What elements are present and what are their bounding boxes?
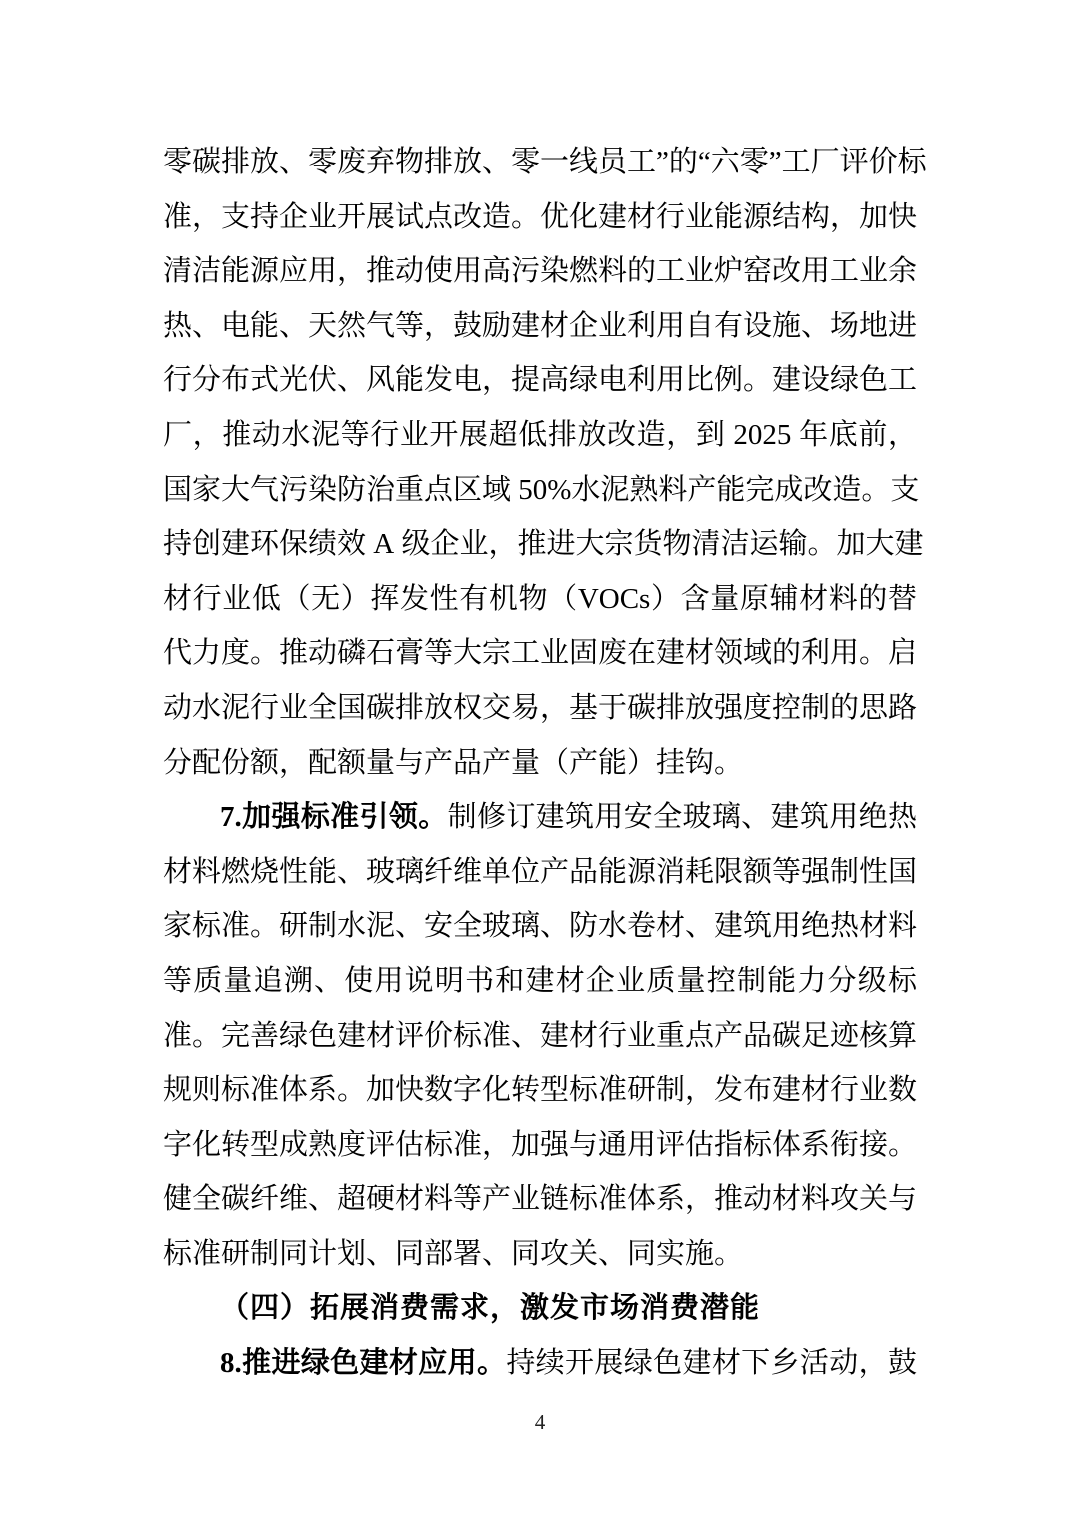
section-heading: （四）拓展消费需求，激发市场消费潜能 [163, 1281, 917, 1336]
text-line: 热、电能、天然气等，鼓励建材企业利用自有设施、场地进 [163, 299, 917, 354]
text-line: 材料燃烧性能、玻璃纤维单位产品能源消耗限额等强制性国 [163, 845, 917, 900]
text-line: 持创建环保绩效 A 级企业，推进大宗货物清洁运输。加大建 [163, 517, 917, 572]
text-line: 分配份额，配额量与产品产量（产能）挂钩。 [163, 736, 917, 791]
text-line: 代力度。推动磷石膏等大宗工业固废在建材领域的利用。启 [163, 626, 917, 681]
text-line: 等质量追溯、使用说明书和建材企业质量控制能力分级标 [163, 954, 917, 1009]
text-line: 厂，推动水泥等行业开展超低排放改造，到 2025 年底前， [163, 408, 917, 463]
text-line: 行分布式光伏、风能发电，提高绿电利用比例。建设绿色工 [163, 353, 917, 408]
text-line: 材行业低（无）挥发性有机物（VOCs）含量原辅材料的替 [163, 572, 917, 627]
text-line: 准。完善绿色建材评价标准、建材行业重点产品碳足迹核算 [163, 1009, 917, 1064]
text-line: 8.推进绿色建材应用。持续开展绿色建材下乡活动，鼓 [163, 1336, 917, 1391]
text-line: 准，支持企业开展试点改造。优化建材行业能源结构，加快 [163, 190, 917, 245]
page-number: 4 [0, 1410, 1080, 1435]
text-line: 家标准。研制水泥、安全玻璃、防水卷材、建筑用绝热材料 [163, 899, 917, 954]
text-line: 健全碳纤维、超硬材料等产业链标准体系，推动材料攻关与 [163, 1172, 917, 1227]
text-line: 国家大气污染防治重点区域 50%水泥熟料产能完成改造。支 [163, 463, 917, 518]
text-line: 动水泥行业全国碳排放权交易，基于碳排放强度控制的思路 [163, 681, 917, 736]
text-line: 零碳排放、零废弃物排放、零一线员工”的“六零”工厂评价标 [163, 135, 917, 190]
paragraph-lead-bold: 8.推进绿色建材应用。 [220, 1347, 506, 1379]
document-page: 零碳排放、零废弃物排放、零一线员工”的“六零”工厂评价标准，支持企业开展试点改造… [0, 0, 1080, 1527]
text-line: 字化转型成熟度评估标准，加强与通用评估指标体系衔接。 [163, 1118, 917, 1173]
text-line: 清洁能源应用，推动使用高污染燃料的工业炉窑改用工业余 [163, 244, 917, 299]
text-line: 7.加强标准引领。制修订建筑用安全玻璃、建筑用绝热 [163, 790, 917, 845]
paragraph-lead-bold: 7.加强标准引领。 [220, 801, 448, 833]
text-line: 标准研制同计划、同部署、同攻关、同实施。 [163, 1227, 917, 1282]
document-body: 零碳排放、零废弃物排放、零一线员工”的“六零”工厂评价标准，支持企业开展试点改造… [163, 135, 917, 1391]
text-line: 规则标准体系。加快数字化转型标准研制，发布建材行业数 [163, 1063, 917, 1118]
